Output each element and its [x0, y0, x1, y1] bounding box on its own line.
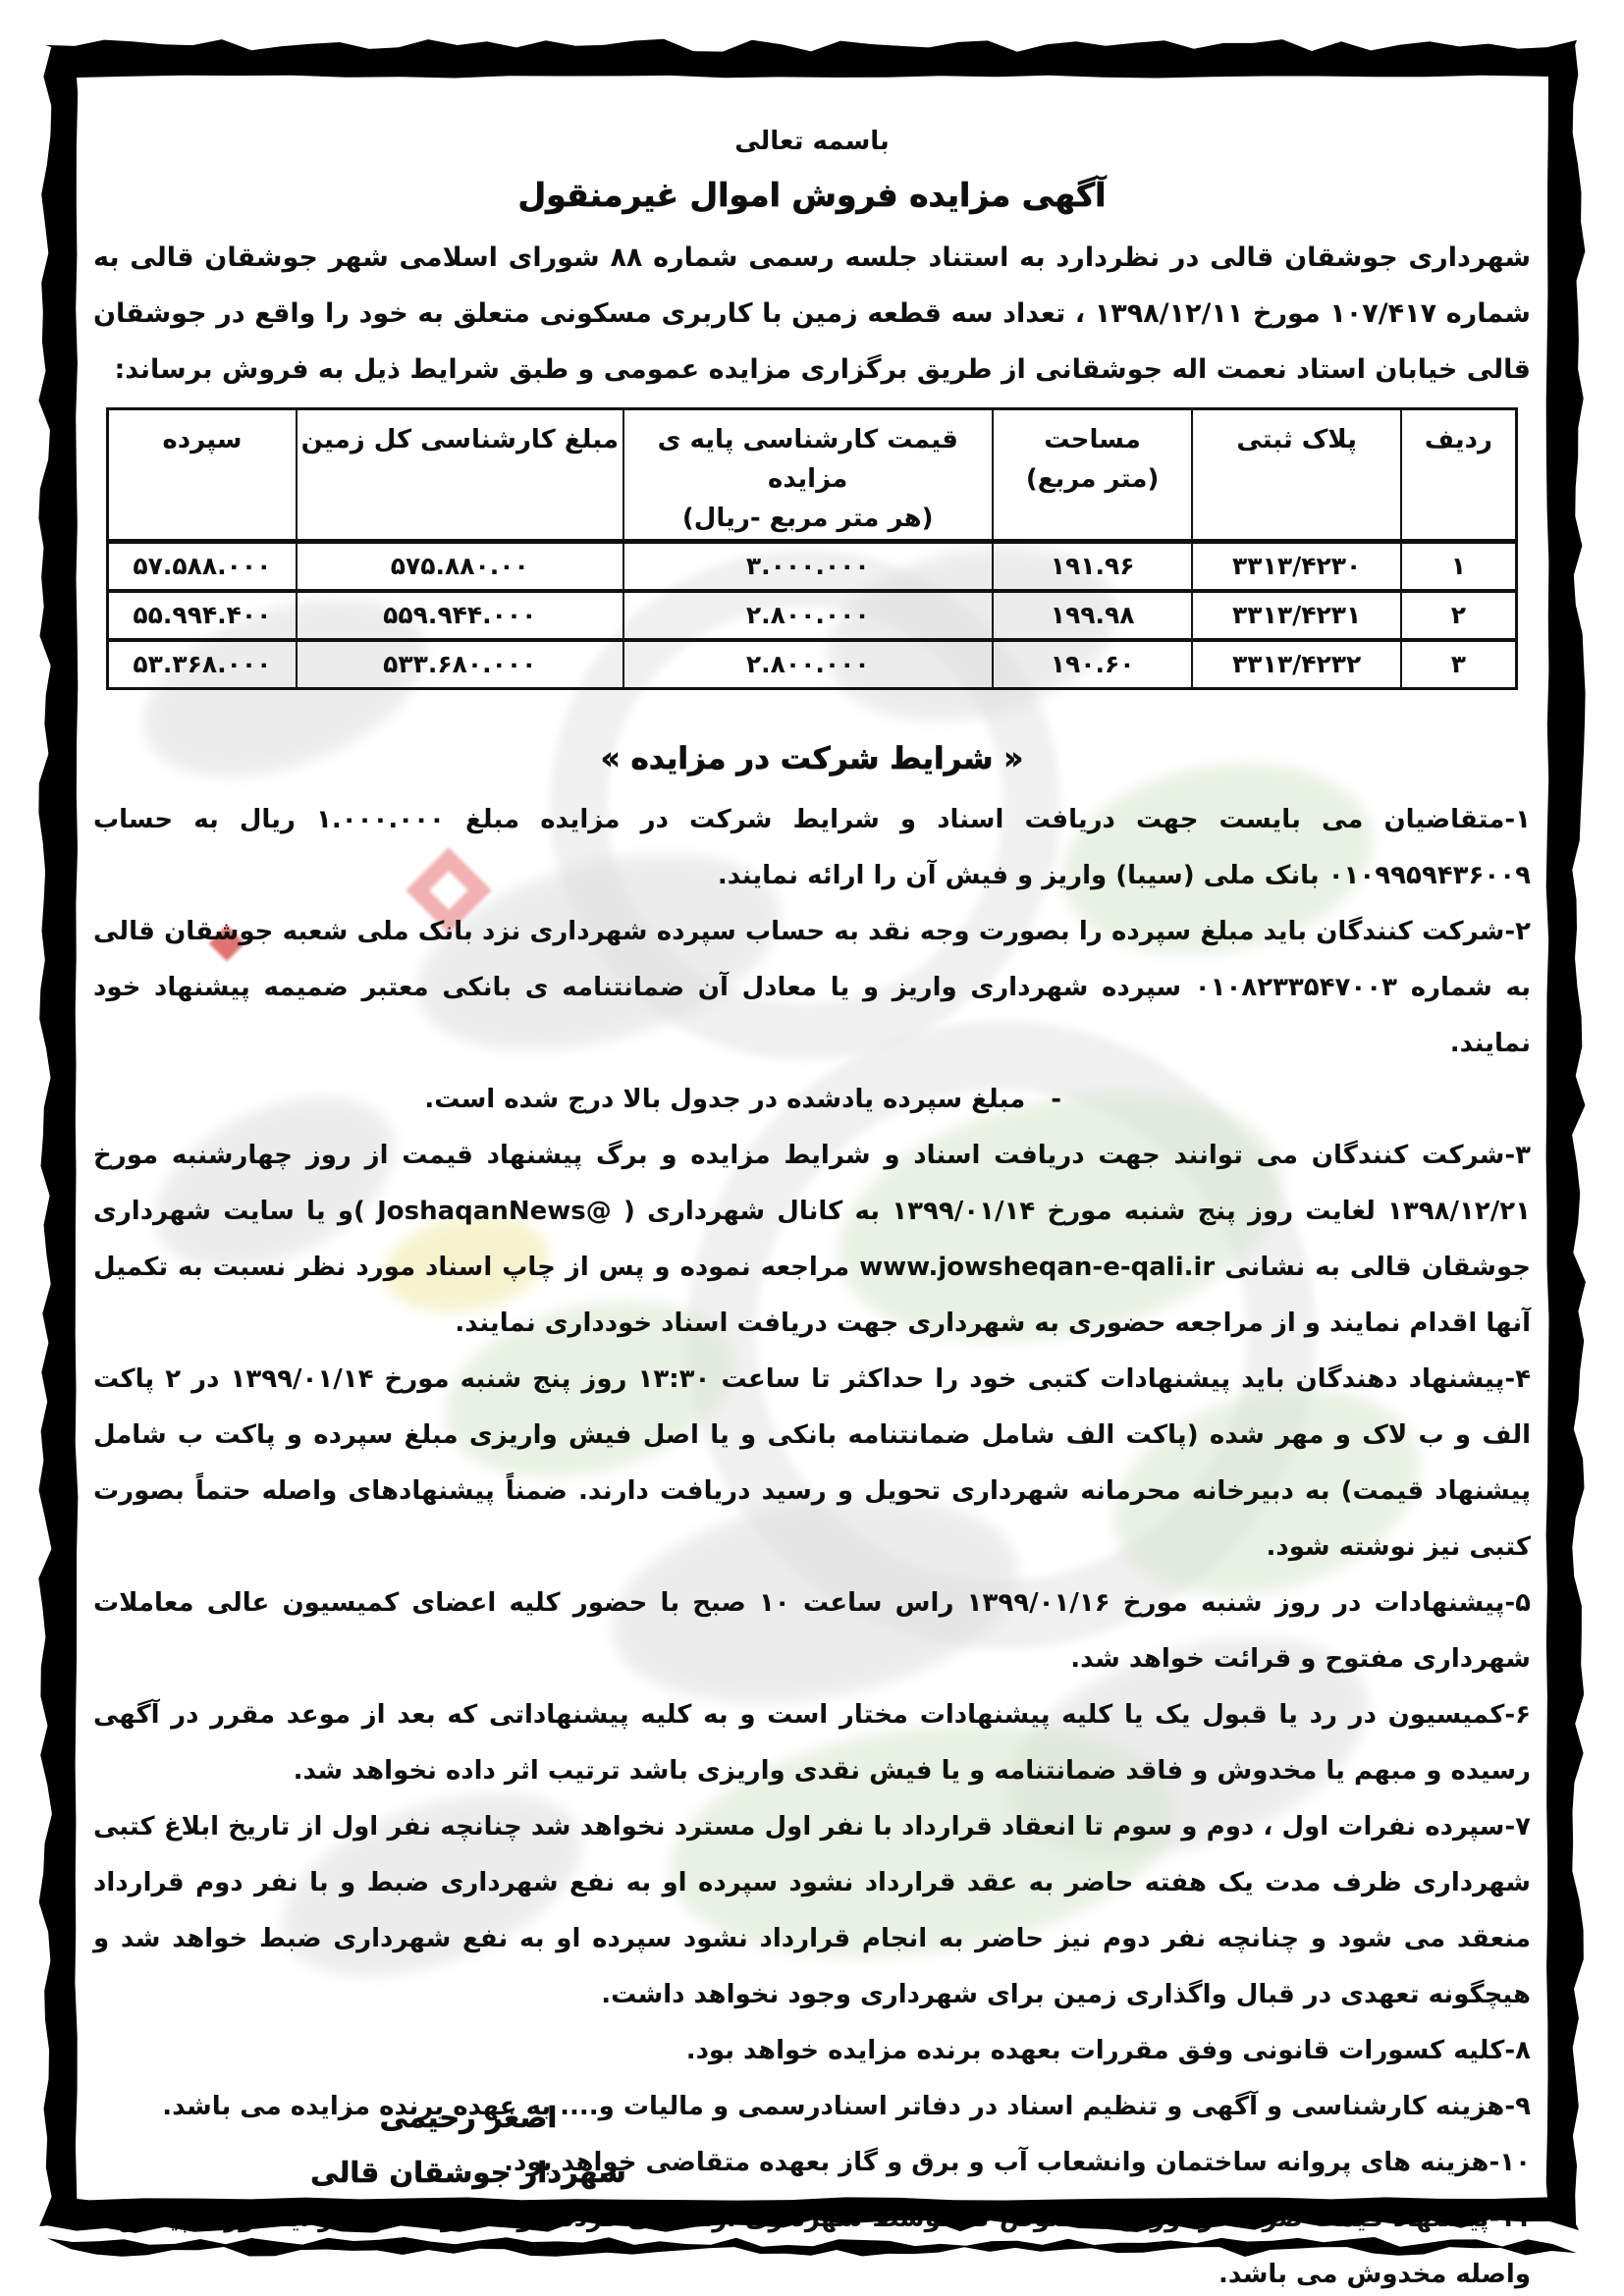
cell-gheymat: ۲.۸۰۰.۰۰۰ [623, 591, 993, 640]
conditions-title: « شرایط شرکت در مزایده » [93, 741, 1531, 776]
col-header-radif: ردیف [1401, 409, 1517, 542]
bismillah-heading: باسمه تعالی [93, 127, 1531, 156]
cell-masahat: ۱۹۰.۶۰ [993, 640, 1193, 689]
cell-pelak: ۳۳۱۳/۴۲۳۲ [1192, 640, 1400, 689]
condition-item-11: ۱۱-پیشنهاد قیمت صرفا در اوراق مخصوص که ت… [93, 2191, 1531, 2296]
header-line: سپرده [110, 420, 295, 459]
document-body: باسمه تعالی آگهی مزایده فروش اموال غیرمن… [76, 76, 1548, 2231]
condition-item-7: ۷-سپرده نفرات اول ، دوم و سوم تا انعقاد … [93, 1799, 1531, 2023]
cell-mablagh: ۵۳۳.۶۸۰.۰۰۰ [297, 640, 623, 689]
col-header-seporde: سپرده [108, 409, 297, 542]
cell-mablagh: ۵۵۹.۹۴۴.۰۰۰ [297, 591, 623, 640]
col-header-mablagh: مبلغ کارشناسی کل زمین [297, 409, 623, 542]
note-text: مبلغ سپرده یادشده در جدول بالا درج شده ا… [424, 1072, 1025, 1128]
header-line: قیمت کارشناسی پایه ی مزایده [625, 420, 991, 499]
conditions-list: ۱-متقاضیان می بایست جهت دریافت اسناد و ش… [93, 792, 1531, 2296]
col-header-masahat: مساحت(متر مربع) [993, 409, 1193, 542]
table-row: ۱ ۳۳۱۳/۴۲۳۰ ۱۹۱.۹۶ ۳.۰۰۰.۰۰۰ ۵۷۵.۸۸۰.۰۰ … [108, 542, 1517, 591]
cell-seporde: ۵۵.۹۹۴.۴۰۰ [108, 591, 297, 640]
cell-gheymat: ۳.۰۰۰.۰۰۰ [623, 542, 993, 591]
condition-item-1: ۱-متقاضیان می بایست جهت دریافت اسناد و ش… [93, 792, 1531, 904]
deposit-note: - مبلغ سپرده یادشده در جدول بالا درج شده… [93, 1072, 1531, 1128]
header-unit: (هر متر مربع -ریال) [625, 499, 991, 538]
cell-radif: ۳ [1401, 640, 1517, 689]
cell-mablagh: ۵۷۵.۸۸۰.۰۰ [297, 542, 623, 591]
condition-item-3: ۳-شرکت کنندگان می توانند جهت دریافت اسنا… [93, 1128, 1531, 1352]
cell-masahat: ۱۹۱.۹۶ [993, 542, 1193, 591]
condition-item-2: ۲-شرکت کنندگان باید مبلغ سپرده را بصورت … [93, 904, 1531, 1072]
col-header-pelak: پلاک ثبتی [1192, 409, 1400, 542]
signature-block: اصغر رحیمی شهردار جوشقان قالی [301, 2090, 635, 2200]
header-line: مبلغ کارشناسی کل زمین [298, 420, 622, 459]
condition-item-5: ۵-پیشنهادات در روز شنبه مورخ ۱۳۹۹/۰۱/۱۶ … [93, 1575, 1531, 1687]
condition-item-6: ۶-کمیسیون در رد یا قبول یک یا کلیه پیشنه… [93, 1687, 1531, 1799]
table-row: ۲ ۳۳۱۳/۴۲۳۱ ۱۹۹.۹۸ ۲.۸۰۰.۰۰۰ ۵۵۹.۹۴۴.۰۰۰… [108, 591, 1517, 640]
cell-gheymat: ۲.۸۰۰.۰۰۰ [623, 640, 993, 689]
cell-radif: ۱ [1401, 542, 1517, 591]
page-title: آگهی مزایده فروش اموال غیرمنقول [93, 176, 1531, 214]
cell-seporde: ۵۷.۵۸۸.۰۰۰ [108, 542, 297, 591]
table-header-row: ردیف پلاک ثبتی مساحت(متر مربع) قیمت کارش… [108, 409, 1517, 542]
cell-masahat: ۱۹۹.۹۸ [993, 591, 1193, 640]
intro-paragraph: شهرداری جوشقان قالی در نظردارد به استناد… [93, 230, 1531, 398]
auction-announcement-document: باسمه تعالی آگهی مزایده فروش اموال غیرمن… [0, 0, 1624, 2296]
cell-radif: ۲ [1401, 591, 1517, 640]
header-line: مساحت [995, 420, 1191, 459]
cell-pelak: ۳۳۱۳/۴۲۳۰ [1192, 542, 1400, 591]
header-line: پلاک ثبتی [1194, 420, 1398, 459]
header-unit: (متر مربع) [995, 459, 1191, 499]
table-row: ۳ ۳۳۱۳/۴۲۳۲ ۱۹۰.۶۰ ۲.۸۰۰.۰۰۰ ۵۳۳.۶۸۰.۰۰۰… [108, 640, 1517, 689]
col-header-gheymat: قیمت کارشناسی پایه ی مزایده(هر متر مربع … [623, 409, 993, 542]
signer-name: اصغر رحیمی [301, 2090, 635, 2145]
note-dash: - [1051, 1072, 1061, 1128]
signer-role: شهردار جوشقان قالی [301, 2145, 635, 2200]
condition-item-4: ۴-پیشنهاد دهندگان باید پیشنهادات کتبی خو… [93, 1352, 1531, 1575]
cell-seporde: ۵۳.۳۶۸.۰۰۰ [108, 640, 297, 689]
header-line: ردیف [1403, 420, 1514, 459]
cell-pelak: ۳۳۱۳/۴۲۳۱ [1192, 591, 1400, 640]
condition-item-8: ۸-کلیه کسورات قانونی وفق مقررات بعهده بر… [93, 2023, 1531, 2079]
land-lots-table: ردیف پلاک ثبتی مساحت(متر مربع) قیمت کارش… [106, 407, 1518, 690]
